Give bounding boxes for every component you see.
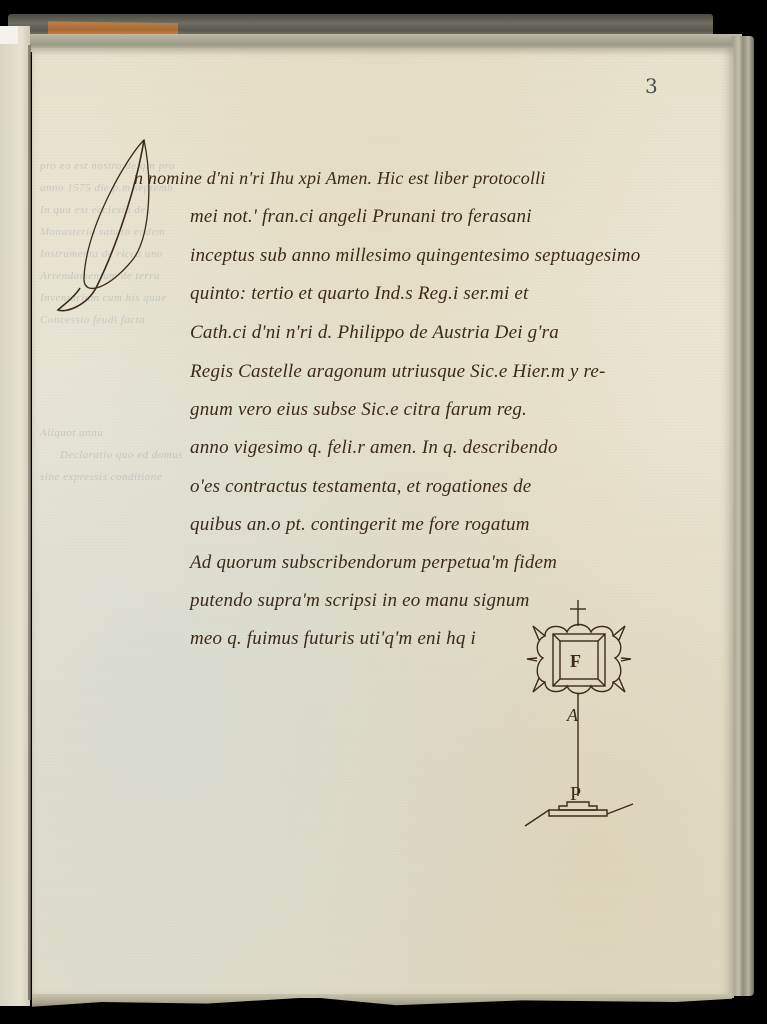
bleed-through-line: Declaratio quo ed domus — [60, 444, 183, 466]
manuscript-line: Ad quorum subscribendorum perpetua'm fid… — [190, 552, 557, 574]
manuscript-scan: 3 pro eo est nostro de qtn pro anno 1575… — [0, 0, 767, 1024]
bleed-through-line: Aliquot annu — [40, 422, 103, 444]
page-stack-right-edge — [732, 36, 754, 996]
notary-signum-icon: F A P — [515, 596, 645, 836]
manuscript-line: anno vigesimo q. feli.r amen. In q. desc… — [190, 437, 558, 459]
page-stack-bottom-edge — [32, 994, 732, 1010]
manuscript-line: n nomine d'ni n'ri Ihu xpi Amen. Hic est… — [134, 168, 546, 189]
manuscript-line: gnum vero eius subse Sic.e citra farum r… — [190, 399, 527, 421]
signum-letter-a: A — [566, 705, 579, 725]
manuscript-line: Cath.ci d'ni n'ri d. Philippo de Austria… — [190, 322, 559, 344]
bleed-through-line: sine expressis conditione — [40, 466, 162, 488]
manuscript-line: quinto: tertio et quarto Ind.s Reg.i ser… — [190, 283, 529, 305]
manuscript-line: mei not.' fran.ci angeli Prunani tro fer… — [190, 206, 532, 228]
manuscript-line: inceptus sub anno millesimo quingentesim… — [190, 245, 640, 267]
facing-page-strip — [0, 26, 30, 1006]
decorative-initial-i-icon — [56, 138, 156, 318]
signum-letter-p: P — [570, 783, 581, 805]
signum-letter-f: F — [570, 651, 581, 671]
binding-gutter — [28, 45, 31, 1000]
manuscript-line: Regis Castelle aragonum utriusque Sic.e … — [190, 361, 606, 383]
manuscript-line: o'es contractus testamenta, et rogatione… — [190, 476, 531, 498]
facing-page-corner — [0, 26, 18, 44]
manuscript-line: meo q. fuimus futuris uti'q'm eni hq i — [190, 628, 476, 650]
folio-number: 3 — [645, 74, 658, 98]
manuscript-line: quibus an.o pt. contingerit me fore roga… — [190, 514, 530, 536]
manuscript-line: putendo supra'm scripsi in eo manu signu… — [190, 590, 530, 612]
